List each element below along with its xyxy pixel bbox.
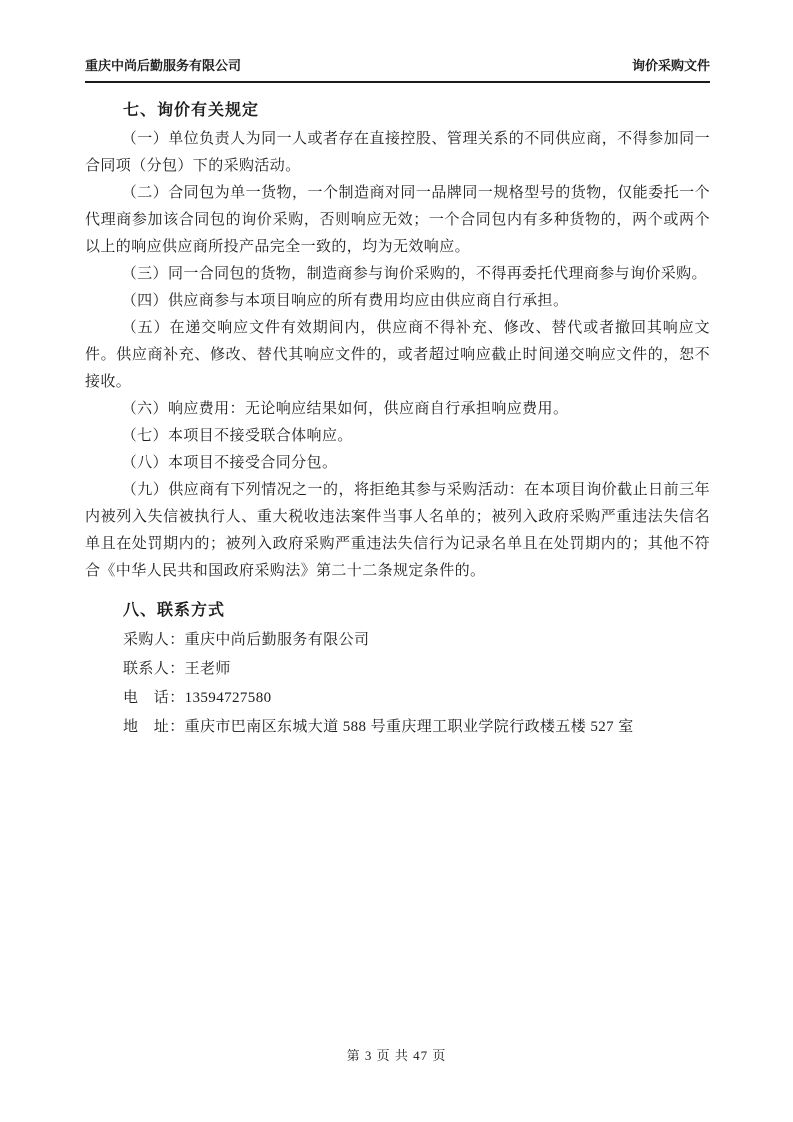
regulation-paragraph-5: （五）在递交响应文件有效期间内，供应商不得补充、修改、替代或者撤回其响应文件。供… [85, 315, 710, 396]
page-header: 重庆中尚后勤服务有限公司 询价采购文件 [85, 55, 710, 83]
purchaser-label: 采购人： [123, 632, 185, 648]
regulation-paragraph-2: （二）合同包为单一货物，一个制造商对同一品牌同一规格型号的货物，仅能委托一个代理… [85, 180, 710, 261]
regulation-paragraph-7: （七）本项目不接受联合体响应。 [85, 423, 710, 450]
contact-row-phone: 电 话：13594727580 [85, 684, 710, 713]
regulation-paragraph-8: （八）本项目不接受合同分包。 [85, 450, 710, 477]
regulation-paragraph-6: （六）响应费用：无论响应结果如何，供应商自行承担响应费用。 [85, 396, 710, 423]
address-label: 地 址： [123, 719, 185, 735]
address-value: 重庆市巴南区东城大道 588 号重庆理工职业学院行政楼五楼 527 室 [185, 719, 634, 735]
contact-row-address: 地 址：重庆市巴南区东城大道 588 号重庆理工职业学院行政楼五楼 527 室 [85, 713, 710, 742]
regulation-paragraph-1: （一）单位负责人为同一人或者存在直接控股、管理关系的不同供应商，不得参加同一合同… [85, 126, 710, 180]
header-company-name: 重庆中尚后勤服务有限公司 [85, 55, 241, 74]
section-8-title: 八、联系方式 [85, 597, 710, 620]
regulation-paragraph-3: （三）同一合同包的货物，制造商参与询价采购的，不得再委托代理商参与询价采购。 [85, 261, 710, 288]
phone-value: 13594727580 [185, 690, 272, 706]
regulation-paragraph-4: （四）供应商参与本项目响应的所有费用均应由供应商自行承担。 [85, 288, 710, 315]
contact-section: 八、联系方式 采购人：重庆中尚后勤服务有限公司 联系人：王老师 电 话：1359… [85, 597, 710, 742]
header-doc-type: 询价采购文件 [632, 55, 710, 74]
page-number: 第 3 页 共 47 页 [0, 1045, 793, 1064]
contact-row-person: 联系人：王老师 [85, 655, 710, 684]
purchaser-value: 重庆中尚后勤服务有限公司 [185, 632, 370, 648]
contact-person-value: 王老师 [185, 661, 231, 677]
regulation-paragraph-9: （九）供应商有下列情况之一的，将拒绝其参与采购活动：在本项目询价截止日前三年内被… [85, 477, 710, 585]
phone-label: 电 话： [123, 690, 185, 706]
contact-person-label: 联系人： [123, 661, 185, 677]
document-page: 重庆中尚后勤服务有限公司 询价采购文件 七、询价有关规定 （一）单位负责人为同一… [0, 0, 793, 1122]
regulations-section: 七、询价有关规定 （一）单位负责人为同一人或者存在直接控股、管理关系的不同供应商… [85, 97, 710, 585]
section-7-title: 七、询价有关规定 [85, 97, 710, 120]
contact-row-purchaser: 采购人：重庆中尚后勤服务有限公司 [85, 626, 710, 655]
